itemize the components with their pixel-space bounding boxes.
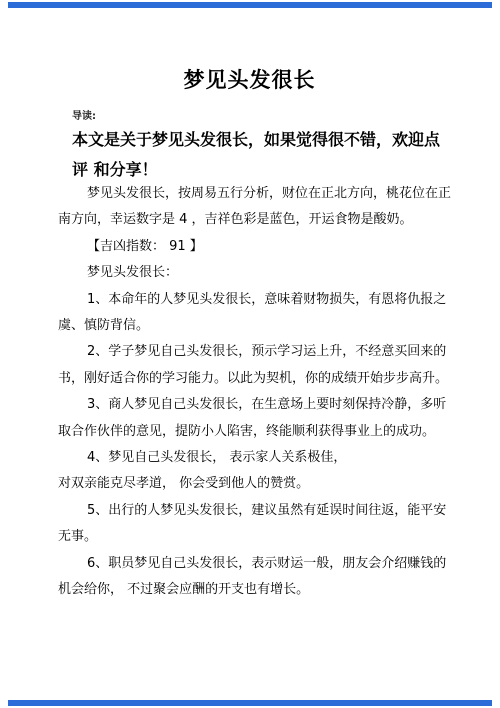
- body-line: 3、商人梦见自己头发很长，在生意场上要时刻保持冷静，多听: [58, 392, 441, 418]
- bottom-accent-bar: [8, 700, 492, 706]
- body-line: 取合作伙伴的意见，提防小人陷害，终能顺利获得事业上的成功。: [58, 419, 441, 445]
- lead-label: 导读:: [72, 111, 441, 123]
- paragraph: 梦见头发很长：: [58, 260, 441, 286]
- paragraph: 2、学子梦见自己头发很长，预示学习运上升，不经意买回来的书，刚好适合你的学习能力…: [58, 339, 441, 392]
- paragraph: 3、商人梦见自己头发很长，在生意场上要时刻保持冷静，多听取合作伙伴的意见，提防小…: [58, 392, 441, 445]
- body-line: 6、职员梦见自己头发很长，表示财运一般，朋友会介绍赚钱的: [58, 551, 441, 577]
- paragraph: 4、梦见自己头发很长， 表示家人关系极佳，对双亲能克尽孝道， 你会受到他人的赞赏…: [58, 445, 441, 498]
- paragraph: 【吉凶指数： 91 】: [58, 234, 441, 260]
- body-line: 南方向，幸运数字是 4 ，吉祥色彩是蓝色，开运食物是酸奶。: [58, 207, 441, 233]
- body-line: 【吉凶指数： 91 】: [58, 234, 441, 260]
- body-line: 虞、慎防背信。: [58, 313, 441, 339]
- paragraph: 6、职员梦见自己头发很长，表示财运一般，朋友会介绍赚钱的机会给你， 不过聚会应酬…: [58, 551, 441, 604]
- paragraph: 5、出行的人梦见头发很长，建议虽然有延误时间往返，能平安无事。: [58, 498, 441, 551]
- page-title: 梦见头发很长: [58, 0, 441, 94]
- document-page: 梦见头发很长 导读: 本文是关于梦见头发很长，如果觉得很不错，欢迎点评 和分享！…: [0, 0, 500, 708]
- body-line: 机会给你， 不过聚会应酬的开支也有增长。: [58, 577, 441, 603]
- body-line: 梦见头发很长：: [58, 260, 441, 286]
- body-line: 书，刚好适合你的学习能力。以此为契机，你的成绩开始步步高升。: [58, 366, 441, 392]
- body-line: 4、梦见自己头发很长， 表示家人关系极佳，: [58, 445, 441, 471]
- paragraph: 1、本命年的人梦见头发很长，意味着财物损失，有恩将仇报之虞、慎防背信。: [58, 287, 441, 340]
- page-content: 梦见头发很长 导读: 本文是关于梦见头发很长，如果觉得很不错，欢迎点评 和分享！…: [0, 0, 500, 604]
- intro-line: 本文是关于梦见头发很长，如果觉得很不错，欢迎点: [72, 125, 441, 155]
- body-line: 对双亲能克尽孝道， 你会受到他人的赞赏。: [58, 471, 441, 497]
- body-line: 无事。: [58, 524, 441, 550]
- body-line: 2、学子梦见自己头发很长，预示学习运上升，不经意买回来的: [58, 339, 441, 365]
- body-line: 1、本命年的人梦见头发很长，意味着财物损失，有恩将仇报之: [58, 287, 441, 313]
- paragraph: 梦见头发很长，按周易五行分析，财位在正北方向，桃花位在正南方向，幸运数字是 4 …: [58, 181, 441, 234]
- top-accent-bar: [8, 2, 492, 8]
- intro-text: 本文是关于梦见头发很长，如果觉得很不错，欢迎点评 和分享！: [72, 125, 441, 185]
- body-paragraphs: 梦见头发很长，按周易五行分析，财位在正北方向，桃花位在正南方向，幸运数字是 4 …: [58, 181, 441, 604]
- body-line: 梦见头发很长，按周易五行分析，财位在正北方向，桃花位在正: [58, 181, 441, 207]
- body-line: 5、出行的人梦见头发很长，建议虽然有延误时间往返，能平安: [58, 498, 441, 524]
